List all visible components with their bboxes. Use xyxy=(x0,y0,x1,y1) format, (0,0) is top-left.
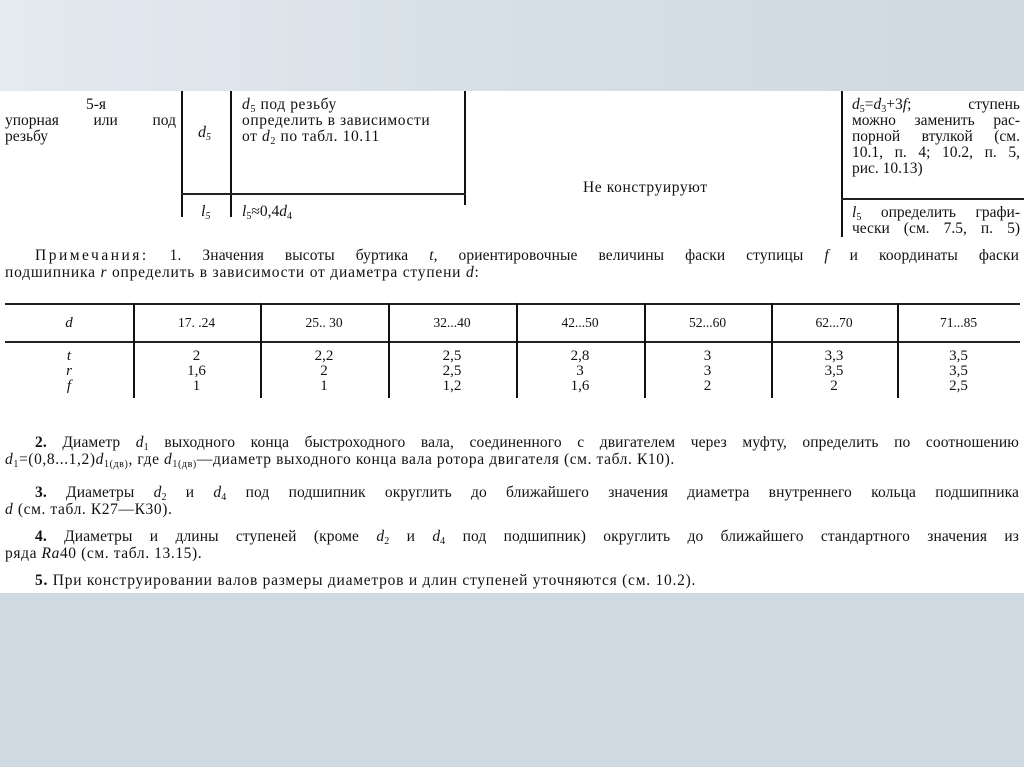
note-3-line1: 3. Диаметры d2 и d4 под подшипник округл… xyxy=(5,484,1019,501)
column-header: 32...40 xyxy=(388,316,516,330)
table-cell: 2 xyxy=(260,364,388,378)
table-cell: 3 xyxy=(644,349,771,363)
text: выходного конца быстроходного вала, соед… xyxy=(149,434,1019,451)
column-header: 25.. 30 xyxy=(260,316,388,330)
column-header-d: d xyxy=(5,316,133,330)
table-cell: 2,8 xyxy=(516,349,644,363)
row-label-f: f xyxy=(5,379,133,393)
note-number: 4. xyxy=(35,528,47,545)
subscript: 1(дв) xyxy=(104,459,128,470)
table-border xyxy=(5,303,1020,305)
table-border xyxy=(5,341,1020,343)
column-header: 52...60 xyxy=(644,316,771,330)
symbol: d xyxy=(136,434,144,451)
table-cell: 1,6 xyxy=(516,379,644,393)
note-4: 4. Диаметры и длины ступеней (кроме d2 и… xyxy=(5,528,1019,562)
table-cell: 2,2 xyxy=(260,349,388,363)
table-cell: 3,3 xyxy=(771,349,897,363)
text: Диаметр xyxy=(47,434,136,451)
text: (см. табл. К27—К30). xyxy=(13,501,172,518)
table-cell: 3 xyxy=(644,364,771,378)
table-cell: 2,5 xyxy=(388,349,516,363)
row-label-r: r xyxy=(5,364,133,378)
note-number: 5. xyxy=(35,572,48,589)
dimension-table: d17. .2425.. 3032...4042...5052...6062..… xyxy=(0,91,1024,411)
text: ряда xyxy=(5,545,42,562)
note-3-line2: d (см. табл. К27—К30). xyxy=(5,501,1019,518)
symbol: Ra xyxy=(42,545,60,562)
table-cell: 2 xyxy=(133,349,260,363)
document-page: 5-я упорная или под резьбу d5 l5 d5 под … xyxy=(0,91,1024,593)
table-cell: 3,5 xyxy=(771,364,897,378)
table-cell: 3 xyxy=(516,364,644,378)
text: =(0,8...1,2) xyxy=(19,451,96,468)
text: Диаметры xyxy=(47,484,154,501)
text: Диаметры и длины ступеней (кроме xyxy=(47,528,377,545)
slide-top-band xyxy=(0,0,1024,91)
slide-bottom-band xyxy=(0,593,1024,767)
text: , где xyxy=(128,451,164,468)
text: под подшипник) округлить до ближайшего с… xyxy=(445,528,1019,545)
text: и xyxy=(167,484,214,501)
table-cell: 2 xyxy=(644,379,771,393)
note-4-line1: 4. Диаметры и длины ступеней (кроме d2 и… xyxy=(5,528,1019,545)
note-2-line1: 2. Диаметр d1 выходного конца быстроходн… xyxy=(5,434,1019,451)
table-cell: 1 xyxy=(133,379,260,393)
text: под подшипник округлить до ближайшего зн… xyxy=(226,484,1019,501)
table-cell: 2 xyxy=(771,379,897,393)
note-4-line2: ряда Ra40 (см. табл. 13.15). xyxy=(5,545,1019,562)
text: —диаметр выходного конца вала ротора дви… xyxy=(197,451,675,468)
table-cell: 1,2 xyxy=(388,379,516,393)
table-cell: 3,5 xyxy=(897,349,1020,363)
note-2-line2: d1=(0,8...1,2)d1(дв), где d1(дв)—диаметр… xyxy=(5,451,1019,468)
symbol: d xyxy=(96,451,104,468)
column-header: 42...50 xyxy=(516,316,644,330)
note-number: 3. xyxy=(35,484,47,501)
subscript: 1(дв) xyxy=(172,459,196,470)
table-cell: 1,6 xyxy=(133,364,260,378)
table-cell: 2,5 xyxy=(897,379,1020,393)
symbol: d xyxy=(432,528,440,545)
note-3: 3. Диаметры d2 и d4 под подшипник округл… xyxy=(5,484,1019,518)
note-number: 2. xyxy=(35,434,47,451)
text: При конструировании валов размеры диамет… xyxy=(48,572,696,589)
column-header: 71...85 xyxy=(897,316,1020,330)
text: и xyxy=(389,528,432,545)
note-2: 2. Диаметр d1 выходного конца быстроходн… xyxy=(5,434,1019,468)
table-cell: 1 xyxy=(260,379,388,393)
text: 40 (см. табл. 13.15). xyxy=(60,545,202,562)
column-header: 17. .24 xyxy=(133,316,260,330)
note-5: 5. При конструировании валов размеры диа… xyxy=(35,572,696,589)
row-label-t: t xyxy=(5,349,133,363)
table-cell: 3,5 xyxy=(897,364,1020,378)
column-header: 62...70 xyxy=(771,316,897,330)
table-cell: 2,5 xyxy=(388,364,516,378)
